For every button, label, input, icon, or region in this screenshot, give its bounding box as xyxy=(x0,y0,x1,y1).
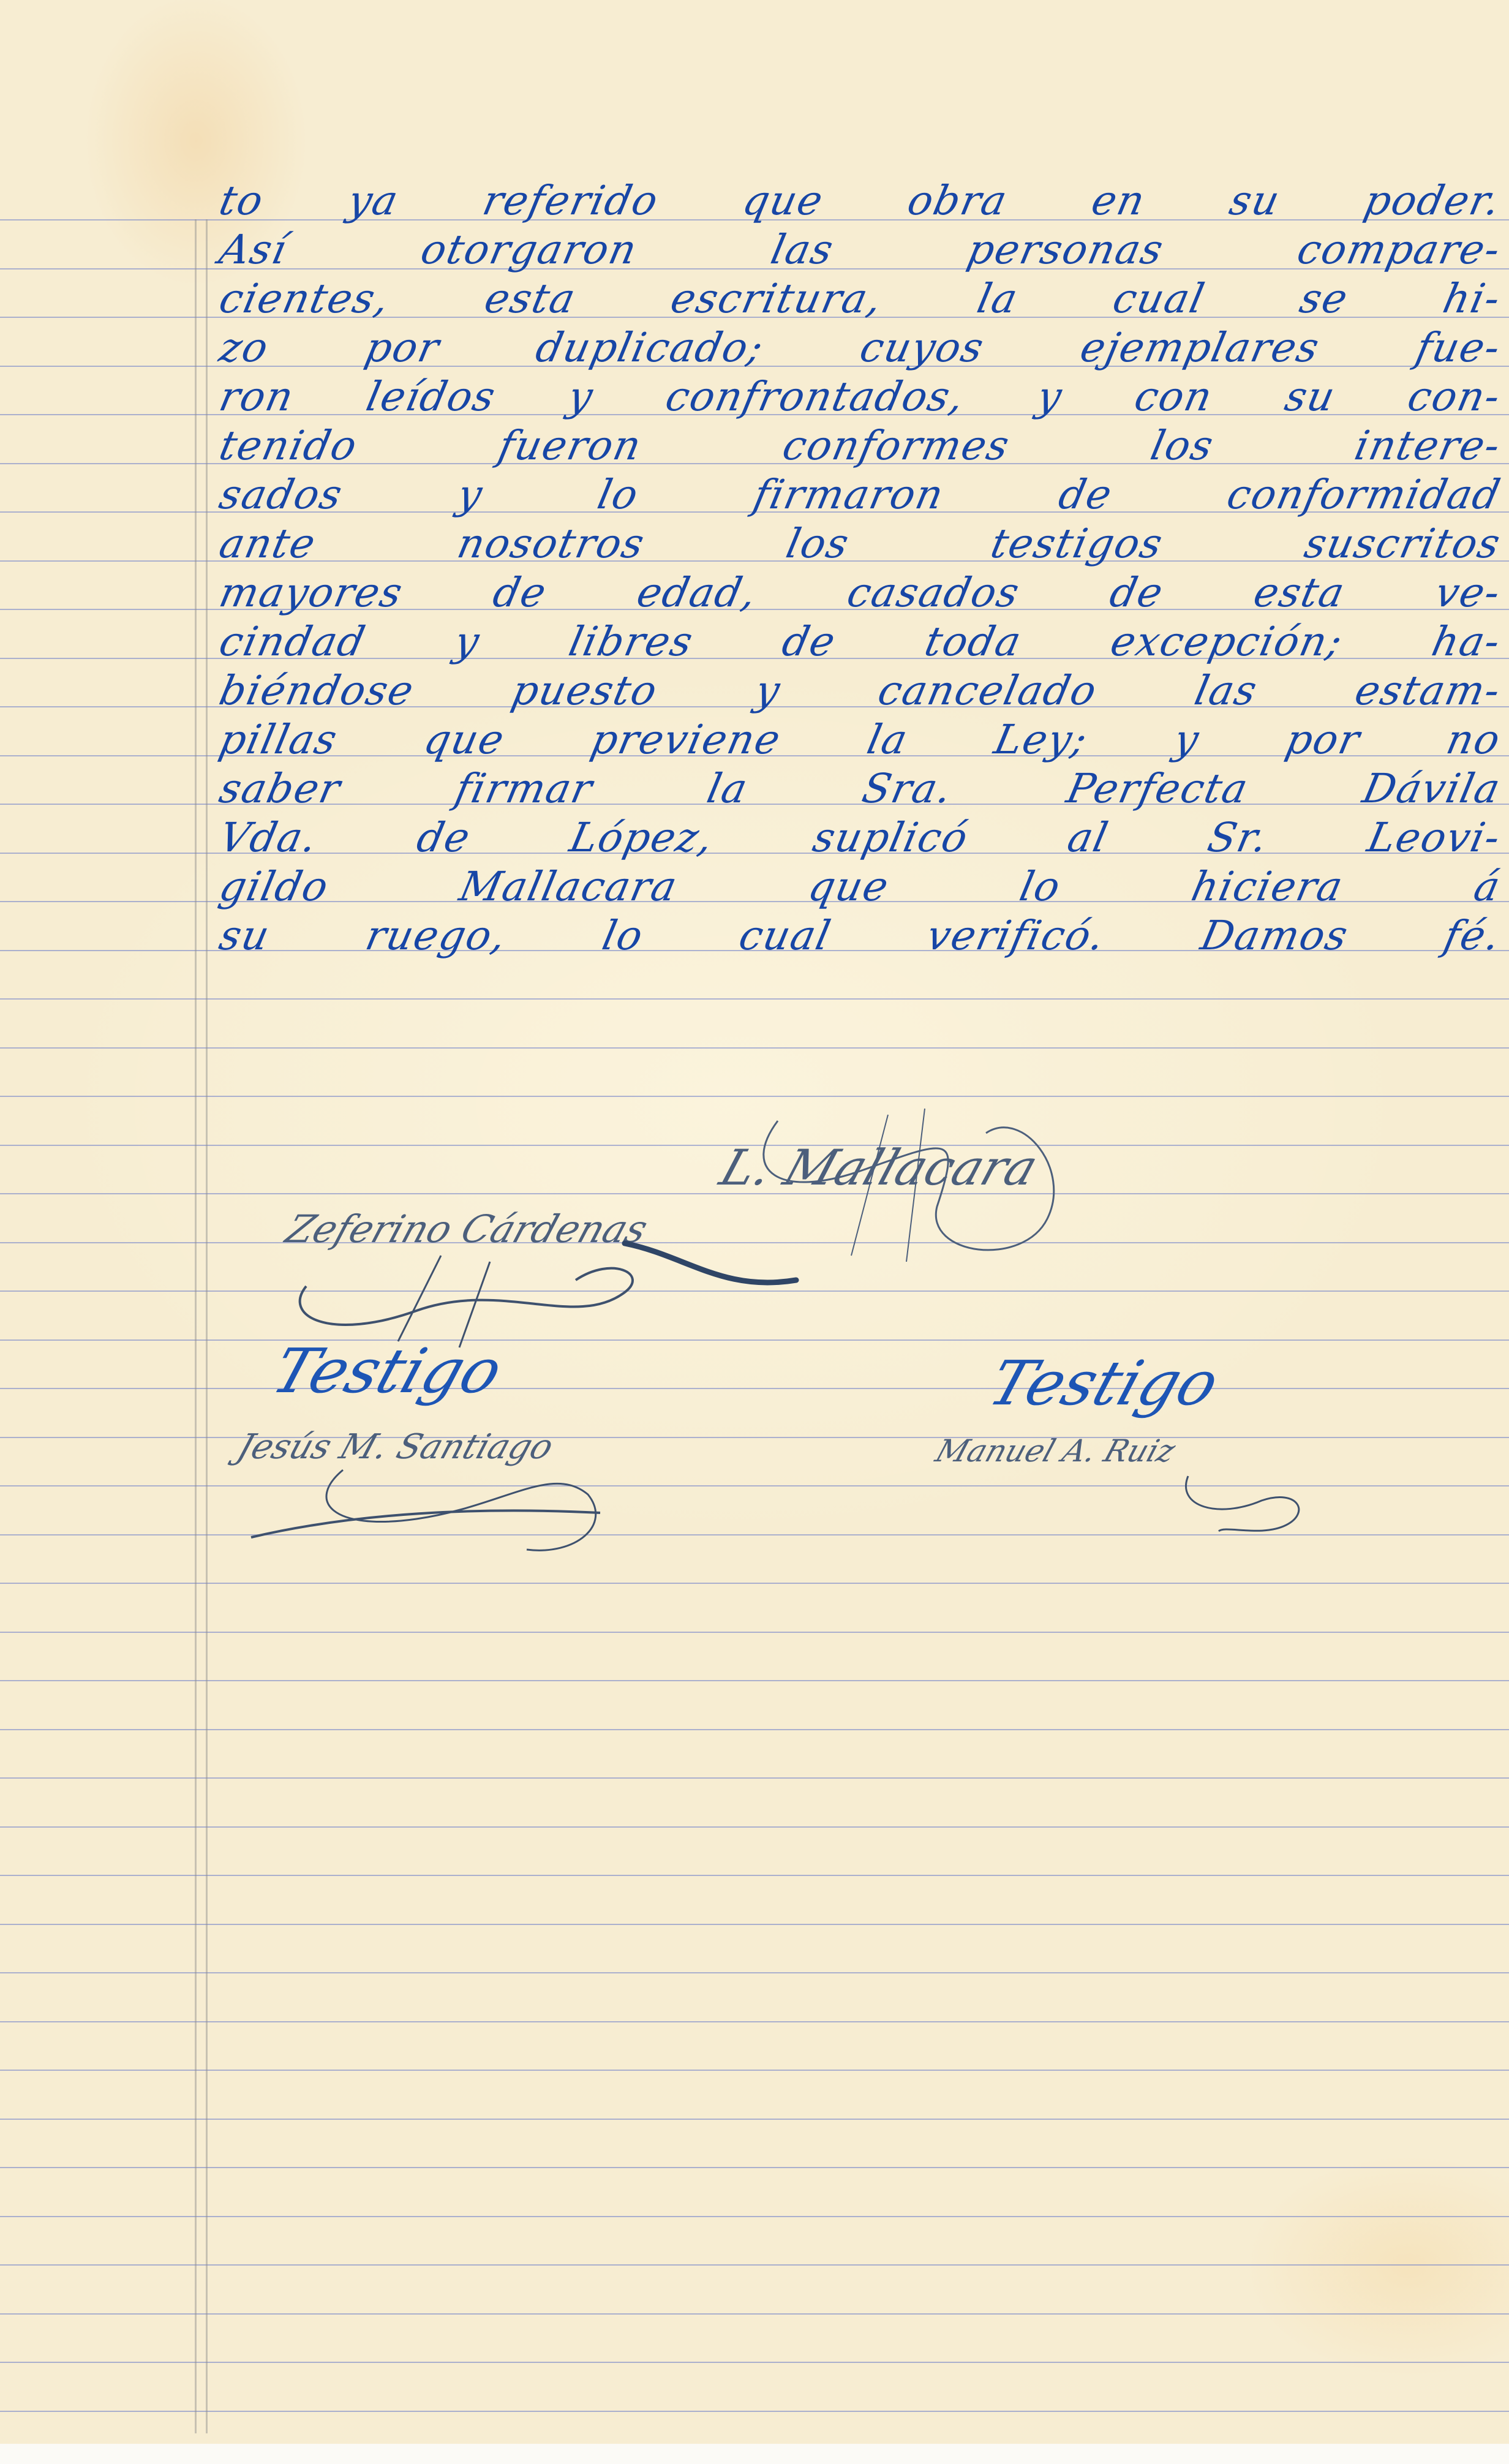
ruled-line xyxy=(0,1924,1509,1925)
body-line-8: ante nosotros los testigos suscritos xyxy=(214,516,1506,571)
body-line-7: sados y lo firmaron de conformidad xyxy=(214,467,1506,522)
ruled-line xyxy=(0,1047,1509,1049)
ruled-line xyxy=(0,2264,1509,2266)
witness-left-label: Testigo xyxy=(264,1335,511,1407)
witness-right-signature: Manuel A. Ruiz xyxy=(931,1433,1180,1469)
ruled-line xyxy=(0,1729,1509,1730)
ruled-line xyxy=(0,998,1509,1000)
ruled-line xyxy=(0,1388,1509,1389)
ruled-line xyxy=(0,2216,1509,2217)
body-line-11: biéndose puesto y cancelado las estam- xyxy=(214,663,1506,718)
body-line-1: to ya referido que obra en su poder. xyxy=(214,173,1506,228)
body-line-13: saber firmar la Sra. Perfecta Dávila xyxy=(214,761,1506,816)
body-line-15: gildo Mallacara que lo hiciera á xyxy=(214,859,1506,914)
body-line-6: tenido fueron conformes los intere- xyxy=(214,418,1506,473)
body-line-12: pillas que previene la Ley; y por no xyxy=(214,712,1506,767)
ruled-line xyxy=(0,2021,1509,2022)
ruled-line xyxy=(0,2362,1509,2363)
ruled-line xyxy=(0,2070,1509,2071)
ruled-line xyxy=(0,2167,1509,2168)
scan-border xyxy=(0,2444,1509,2464)
ruled-line xyxy=(0,1632,1509,1633)
witness-right-label: Testigo xyxy=(980,1347,1228,1419)
body-line-14: Vda. de López, suplicó al Sr. Leovi- xyxy=(214,810,1506,865)
ruled-line xyxy=(0,1826,1509,1828)
margin-line-right xyxy=(206,219,208,2433)
ruled-line xyxy=(0,1583,1509,1584)
ruled-line xyxy=(0,1972,1509,1973)
body-line-2: Así otorgaron las personas compare- xyxy=(214,222,1506,277)
ruled-line xyxy=(0,2119,1509,2120)
body-line-5: ron leídos y confrontados, y con su con- xyxy=(214,369,1506,424)
body-line-3: cientes, esta escritura, la cual se hi- xyxy=(214,271,1506,326)
ruled-line xyxy=(0,1680,1509,1681)
ruled-line xyxy=(0,2313,1509,2315)
body-line-9: mayores de edad, casados de esta ve- xyxy=(214,565,1506,620)
body-line-16: su ruego, lo cual verificó. Damos fé. xyxy=(214,908,1506,963)
body-line-10: cindad y libres de toda excepción; ha- xyxy=(214,614,1506,669)
ruled-line xyxy=(0,1777,1509,1779)
ruled-line xyxy=(0,2411,1509,2412)
ruled-line xyxy=(0,1437,1509,1438)
body-line-4: zo por duplicado; cuyos ejemplares fue- xyxy=(214,320,1506,375)
ruled-line xyxy=(0,1875,1509,1876)
signature-flourish-cardenas xyxy=(257,1219,808,1354)
margin-line-left xyxy=(195,219,197,2433)
witness-right-flourish xyxy=(1164,1452,1347,1543)
witness-left-flourish xyxy=(233,1445,698,1568)
